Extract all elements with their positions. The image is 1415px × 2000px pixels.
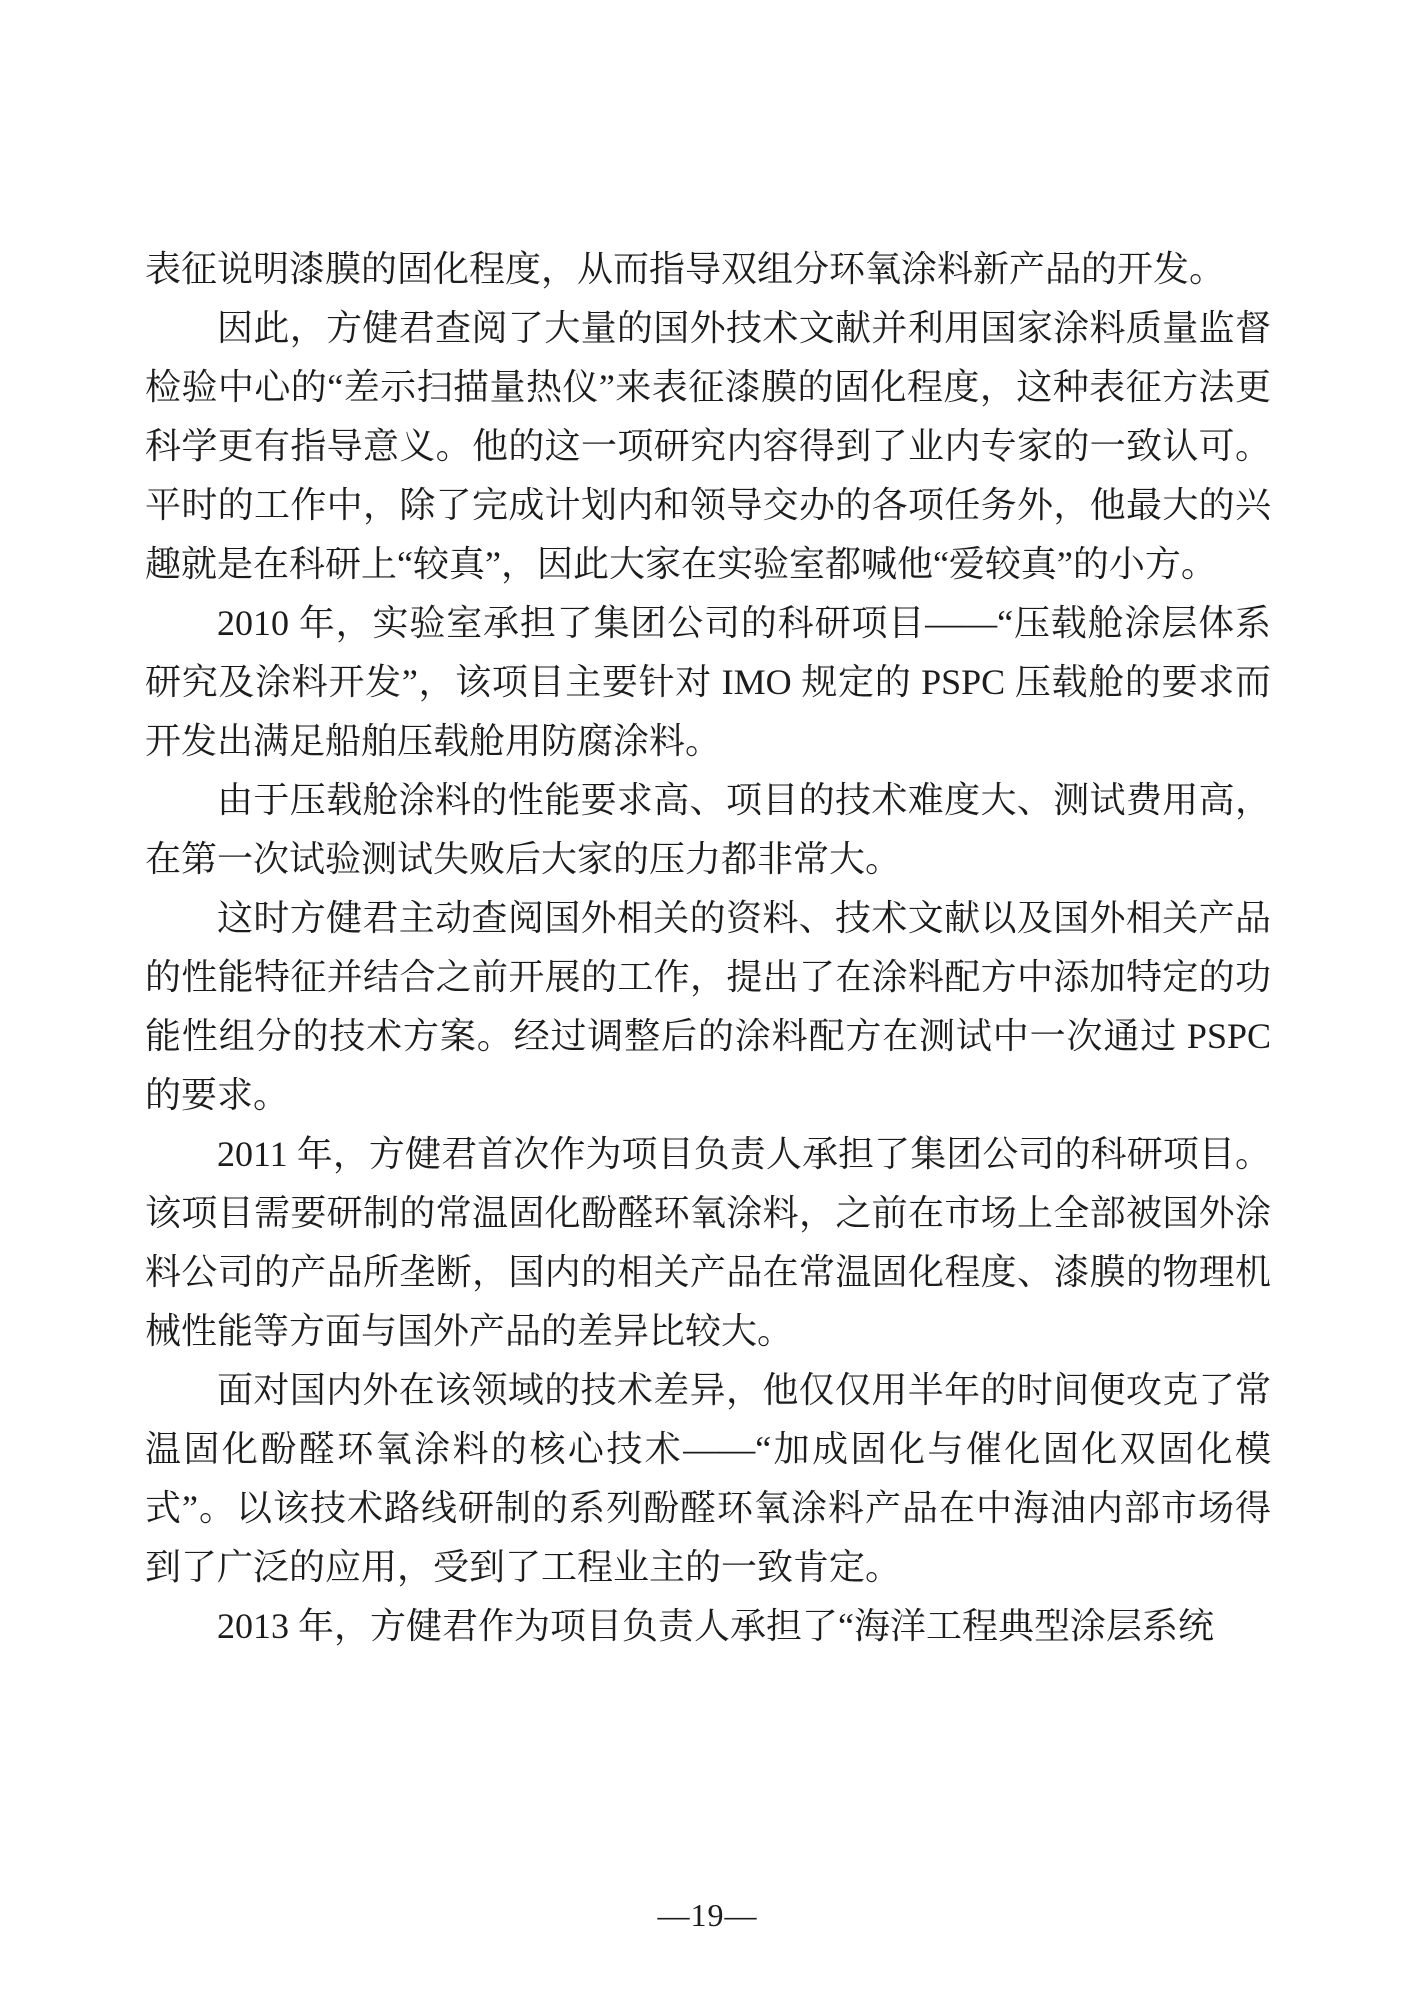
page-number: —19—: [0, 1895, 1415, 1935]
paragraph: 2011 年，方健君首次作为项目负责人承担了集团公司的科研项目。该项目需要研制的…: [145, 1125, 1271, 1361]
paragraph: 2010 年，实验室承担了集团公司的科研项目——“压载舱涂层体系研究及涂料开发”…: [145, 594, 1271, 771]
paragraph: 2013 年，方健君作为项目负责人承担了“海洋工程典型涂层系统: [145, 1597, 1271, 1656]
document-page: 表征说明漆膜的固化程度，从而指导双组分环氧涂料新产品的开发。因此，方健君查阅了大…: [0, 0, 1415, 2000]
paragraph: 由于压载舱涂料的性能要求高、项目的技术难度大、测试费用高，在第一次试验测试失败后…: [145, 771, 1271, 889]
paragraph: 这时方健君主动查阅国外相关的资料、技术文献以及国外相关产品的性能特征并结合之前开…: [145, 889, 1271, 1125]
paragraph: 面对国内外在该领域的技术差异，他仅仅用半年的时间便攻克了常温固化酚醛环氧涂料的核…: [145, 1361, 1271, 1597]
document-body: 表征说明漆膜的固化程度，从而指导双组分环氧涂料新产品的开发。因此，方健君查阅了大…: [145, 240, 1271, 1656]
paragraph: 表征说明漆膜的固化程度，从而指导双组分环氧涂料新产品的开发。: [145, 240, 1271, 299]
paragraph: 因此，方健君查阅了大量的国外技术文献并利用国家涂料质量监督检验中心的“差示扫描量…: [145, 299, 1271, 594]
